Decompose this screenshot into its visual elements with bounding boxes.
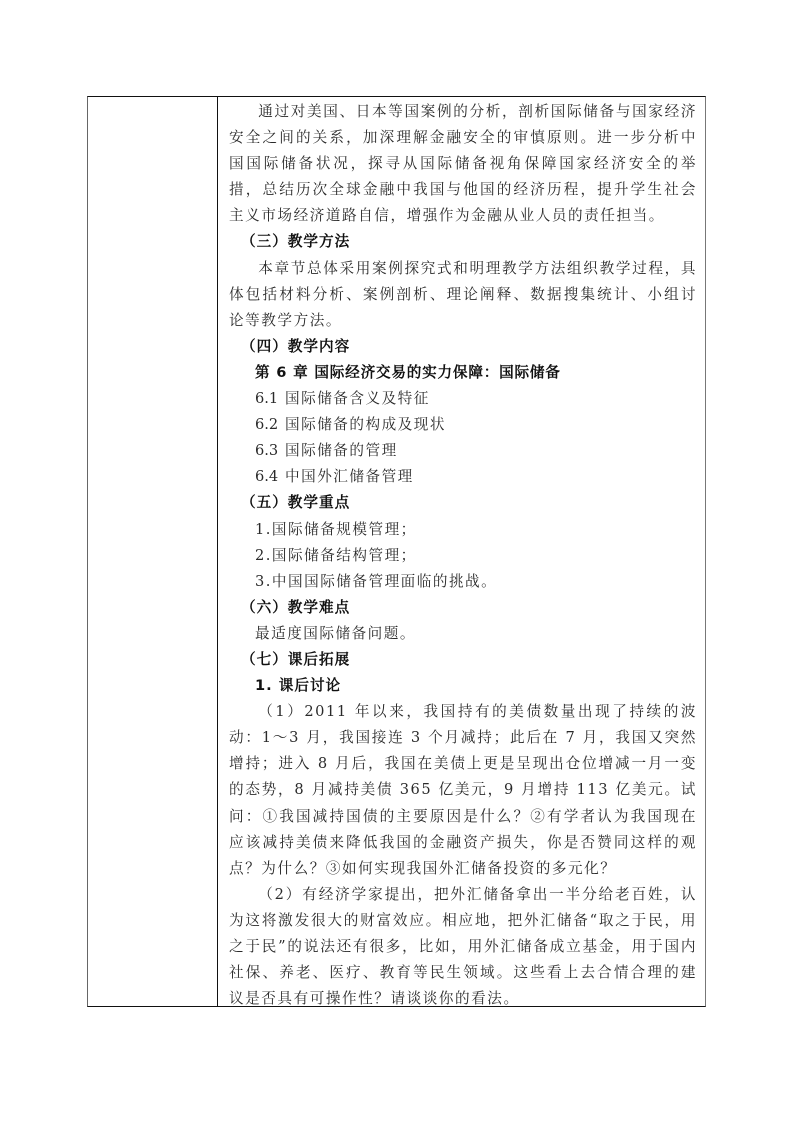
intro-paragraph: 通过对美国、日本等国案例的分析，剖析国际储备与国家经济安全之间的关系，加深理解金… (229, 99, 697, 229)
key-point-item: 2.国际储备结构管理； (229, 543, 697, 569)
table-label-column (88, 97, 218, 1006)
lesson-plan-table: 通过对美国、日本等国案例的分析，剖析国际储备与国家经济安全之间的关系，加深理解金… (87, 96, 706, 1007)
section-heading-key-points: （五）教学重点 (229, 490, 697, 516)
content-item: 6.2国际储备的构成及现状 (229, 412, 697, 438)
table-content-column: 通过对美国、日本等国案例的分析，剖析国际储备与国家经济安全之间的关系，加深理解金… (218, 97, 705, 1006)
discussion-question-2: （2）有经济学家提出，把外汇储备拿出一半分给老百姓，认为这将激发很大的财富效应。… (229, 882, 697, 1012)
item-number: 6.4 (255, 464, 285, 490)
item-text: 国际储备的管理 (285, 442, 398, 459)
section-heading-difficulties: （六）教学难点 (229, 595, 697, 621)
section-heading-methods: （三）教学方法 (229, 229, 697, 255)
content-item: 6.1国际储备含义及特征 (229, 386, 697, 412)
chapter-title: 第 6 章 国际经济交易的实力保障：国际储备 (229, 360, 697, 386)
item-text: 中国外汇储备管理 (285, 468, 414, 485)
item-text: 国际储备含义及特征 (285, 390, 430, 407)
content-item: 6.3国际储备的管理 (229, 438, 697, 464)
item-number: 6.2 (255, 412, 285, 438)
methods-paragraph: 本章节总体采用案例探究式和明理教学方法组织教学过程，具体包括材料分析、案例剖析、… (229, 256, 697, 334)
content-item: 6.4中国外汇储备管理 (229, 464, 697, 490)
section-heading-content: （四）教学内容 (229, 334, 697, 360)
difficulty-text: 最适度国际储备问题。 (229, 621, 697, 647)
item-text: 国际储备的构成及现状 (285, 416, 446, 433)
discussion-question-1: （1）2011 年以来，我国持有的美债数量出现了持续的波动：1～3 月，我国接连… (229, 699, 697, 882)
item-number: 6.3 (255, 438, 285, 464)
item-number: 6.1 (255, 386, 285, 412)
section-heading-extension: （七）课后拓展 (229, 647, 697, 673)
discussion-subheading: 1. 课后讨论 (229, 673, 697, 699)
key-point-item: 1.国际储备规模管理； (229, 517, 697, 543)
key-point-item: 3.中国国际储备管理面临的挑战。 (229, 569, 697, 595)
